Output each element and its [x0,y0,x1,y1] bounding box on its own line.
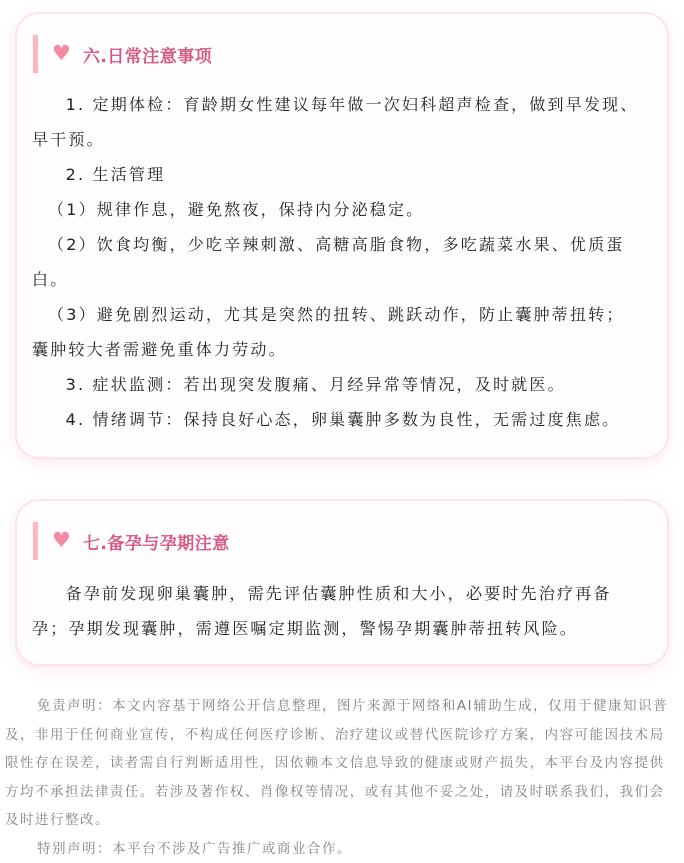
section-title: 七.备孕与孕期注意 [83,529,230,554]
paragraph-lifestyle-heading: 2. 生活管理 [32,157,639,192]
paragraph-emotion: 4. 情绪调节：保持良好心态，卵巢囊肿多数为良性，无需过度焦虑。 [32,402,639,437]
paragraph-diet: （2）饮食均衡，少吃辛辣刺激、高糖高脂食物，多吃蔬菜水果、优质蛋白。 [32,227,639,297]
section-title: 六.日常注意事项 [83,42,212,67]
disclaimer-main: 免责声明：本文内容基于网络公开信息整理，图片来源于网络和AI辅助生成，仅用于健康… [5,693,678,836]
accent-bar [33,522,38,560]
paragraph-exercise: （3）避免剧烈运动，尤其是突然的扭转、跳跃动作，防止囊肿蒂扭转；囊肿较大者需避免… [32,297,639,367]
section-card-pregnancy: ♥ 七.备孕与孕期注意 备孕前发现卵巢囊肿，需先评估囊肿性质和大小，必要时先治疗… [15,499,669,666]
accent-bar [33,35,38,73]
section-header: ♥ 六.日常注意事项 [33,35,212,73]
section-card-daily-care: ♥ 六.日常注意事项 1. 定期体检：育龄期女性建议每年做一次妇科超声检查，做到… [15,12,669,459]
paragraph-symptom-monitoring: 3. 症状监测：若出现突发腹痛、月经异常等情况，及时就医。 [32,367,639,402]
paragraph-routine: （1）规律作息，避免熬夜，保持内分泌稳定。 [32,192,639,227]
paragraph-checkup: 1. 定期体检：育龄期女性建议每年做一次妇科超声检查，做到早发现、早干预。 [32,87,639,157]
heart-icon: ♥ [52,43,71,64]
disclaimer: 免责声明：本文内容基于网络公开信息整理，图片来源于网络和AI辅助生成，仅用于健康… [5,693,678,863]
paragraph-pregnancy: 备孕前发现卵巢囊肿，需先评估囊肿性质和大小，必要时先治疗再备孕；孕期发现囊肿，需… [32,576,639,646]
section-body: 1. 定期体检：育龄期女性建议每年做一次妇科超声检查，做到早发现、早干预。 2.… [32,87,639,437]
heart-icon: ♥ [52,530,71,551]
section-header: ♥ 七.备孕与孕期注意 [33,522,230,560]
section-body: 备孕前发现卵巢囊肿，需先评估囊肿性质和大小，必要时先治疗再备孕；孕期发现囊肿，需… [32,576,639,646]
disclaimer-special: 特别声明：本平台不涉及广告推广或商业合作。 [5,836,678,863]
